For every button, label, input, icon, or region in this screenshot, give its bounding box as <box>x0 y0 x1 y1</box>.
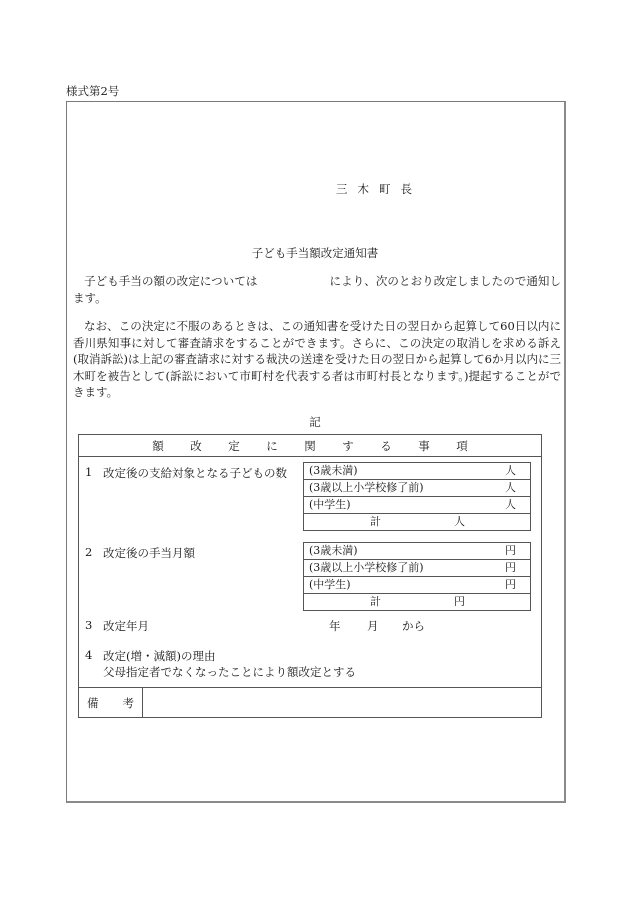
item-3-label: 改定年月 <box>103 618 149 634</box>
monthly-amount-box: (3歳未満) 円 (3歳以上小学校修了前) 円 (中学生) 円 計 円 <box>303 542 531 611</box>
ki-heading: 記 <box>0 414 630 430</box>
remarks-label: 備 考 <box>79 688 143 717</box>
intro-paragraph: 子ども手当の額の改定についてはにより、次のとおり改定しましたので通知します。 <box>73 273 561 306</box>
item-4-reason: 父母指定者でなくなったことにより額改定とする <box>103 664 356 680</box>
revision-from: から <box>402 618 425 634</box>
document-title: 子ども手当額改定通知書 <box>0 245 630 261</box>
amount-row-3-to-elementary[interactable]: (3歳以上小学校修了前) 円 <box>304 560 530 577</box>
children-count-box: (3歳未満) 人 (3歳以上小学校修了前) 人 (中学生) 人 計 人 <box>303 462 531 531</box>
appeal-text: なお、この決定に不服のあるときは、この通知書を受けた日の翌日から起算して60日以… <box>73 319 561 399</box>
item-2-label: 改定後の手当月額 <box>103 545 195 561</box>
header-char: 改 <box>177 438 215 454</box>
intro-before: 子ども手当の額の改定については <box>84 274 257 288</box>
item-4-label: 改定(増・減額)の理由 <box>103 648 215 664</box>
children-row-junior-high[interactable]: (中学生) 人 <box>304 497 530 514</box>
item-1-number: 1 <box>85 465 92 479</box>
remarks-field[interactable] <box>144 688 541 717</box>
revision-year-unit: 年 <box>329 618 341 634</box>
item-4-number: 4 <box>85 648 92 662</box>
children-row-3-to-elementary[interactable]: (3歳以上小学校修了前) 人 <box>304 480 530 497</box>
amount-row-under3[interactable]: (3歳未満) 円 <box>304 543 530 560</box>
header-char: 事 <box>405 438 443 454</box>
header-char: 定 <box>215 438 253 454</box>
form-number: 様式第2号 <box>66 83 119 99</box>
header-char: 項 <box>443 438 481 454</box>
amount-row-junior-high[interactable]: (中学生) 円 <box>304 577 530 594</box>
children-total-row[interactable]: 計 人 <box>304 514 530 530</box>
item-1-label: 改定後の支給対象となる子どもの数 <box>103 465 287 481</box>
item-2-number: 2 <box>85 545 92 559</box>
remarks-row: 備 考 <box>79 687 541 717</box>
revision-table: 額 改 定 に 関 す る 事 項 1 改定後の支給対象となる子どもの数 (3歳… <box>78 434 542 718</box>
appeal-paragraph: なお、この決定に不服のあるときは、この通知書を受けた日の翌日から起算して60日以… <box>73 318 561 401</box>
children-row-under3[interactable]: (3歳未満) 人 <box>304 463 530 480</box>
header-char: 額 <box>139 438 177 454</box>
item-3-number: 3 <box>85 618 92 632</box>
header-char: る <box>367 438 405 454</box>
header-char: す <box>329 438 367 454</box>
amount-total-row[interactable]: 計 円 <box>304 594 530 610</box>
header-char: に <box>253 438 291 454</box>
issuer-name: 三木町長 <box>336 181 422 197</box>
table-header: 額 改 定 に 関 す る 事 項 <box>79 435 541 457</box>
header-char: 関 <box>291 438 329 454</box>
revision-month-unit: 月 <box>367 618 379 634</box>
